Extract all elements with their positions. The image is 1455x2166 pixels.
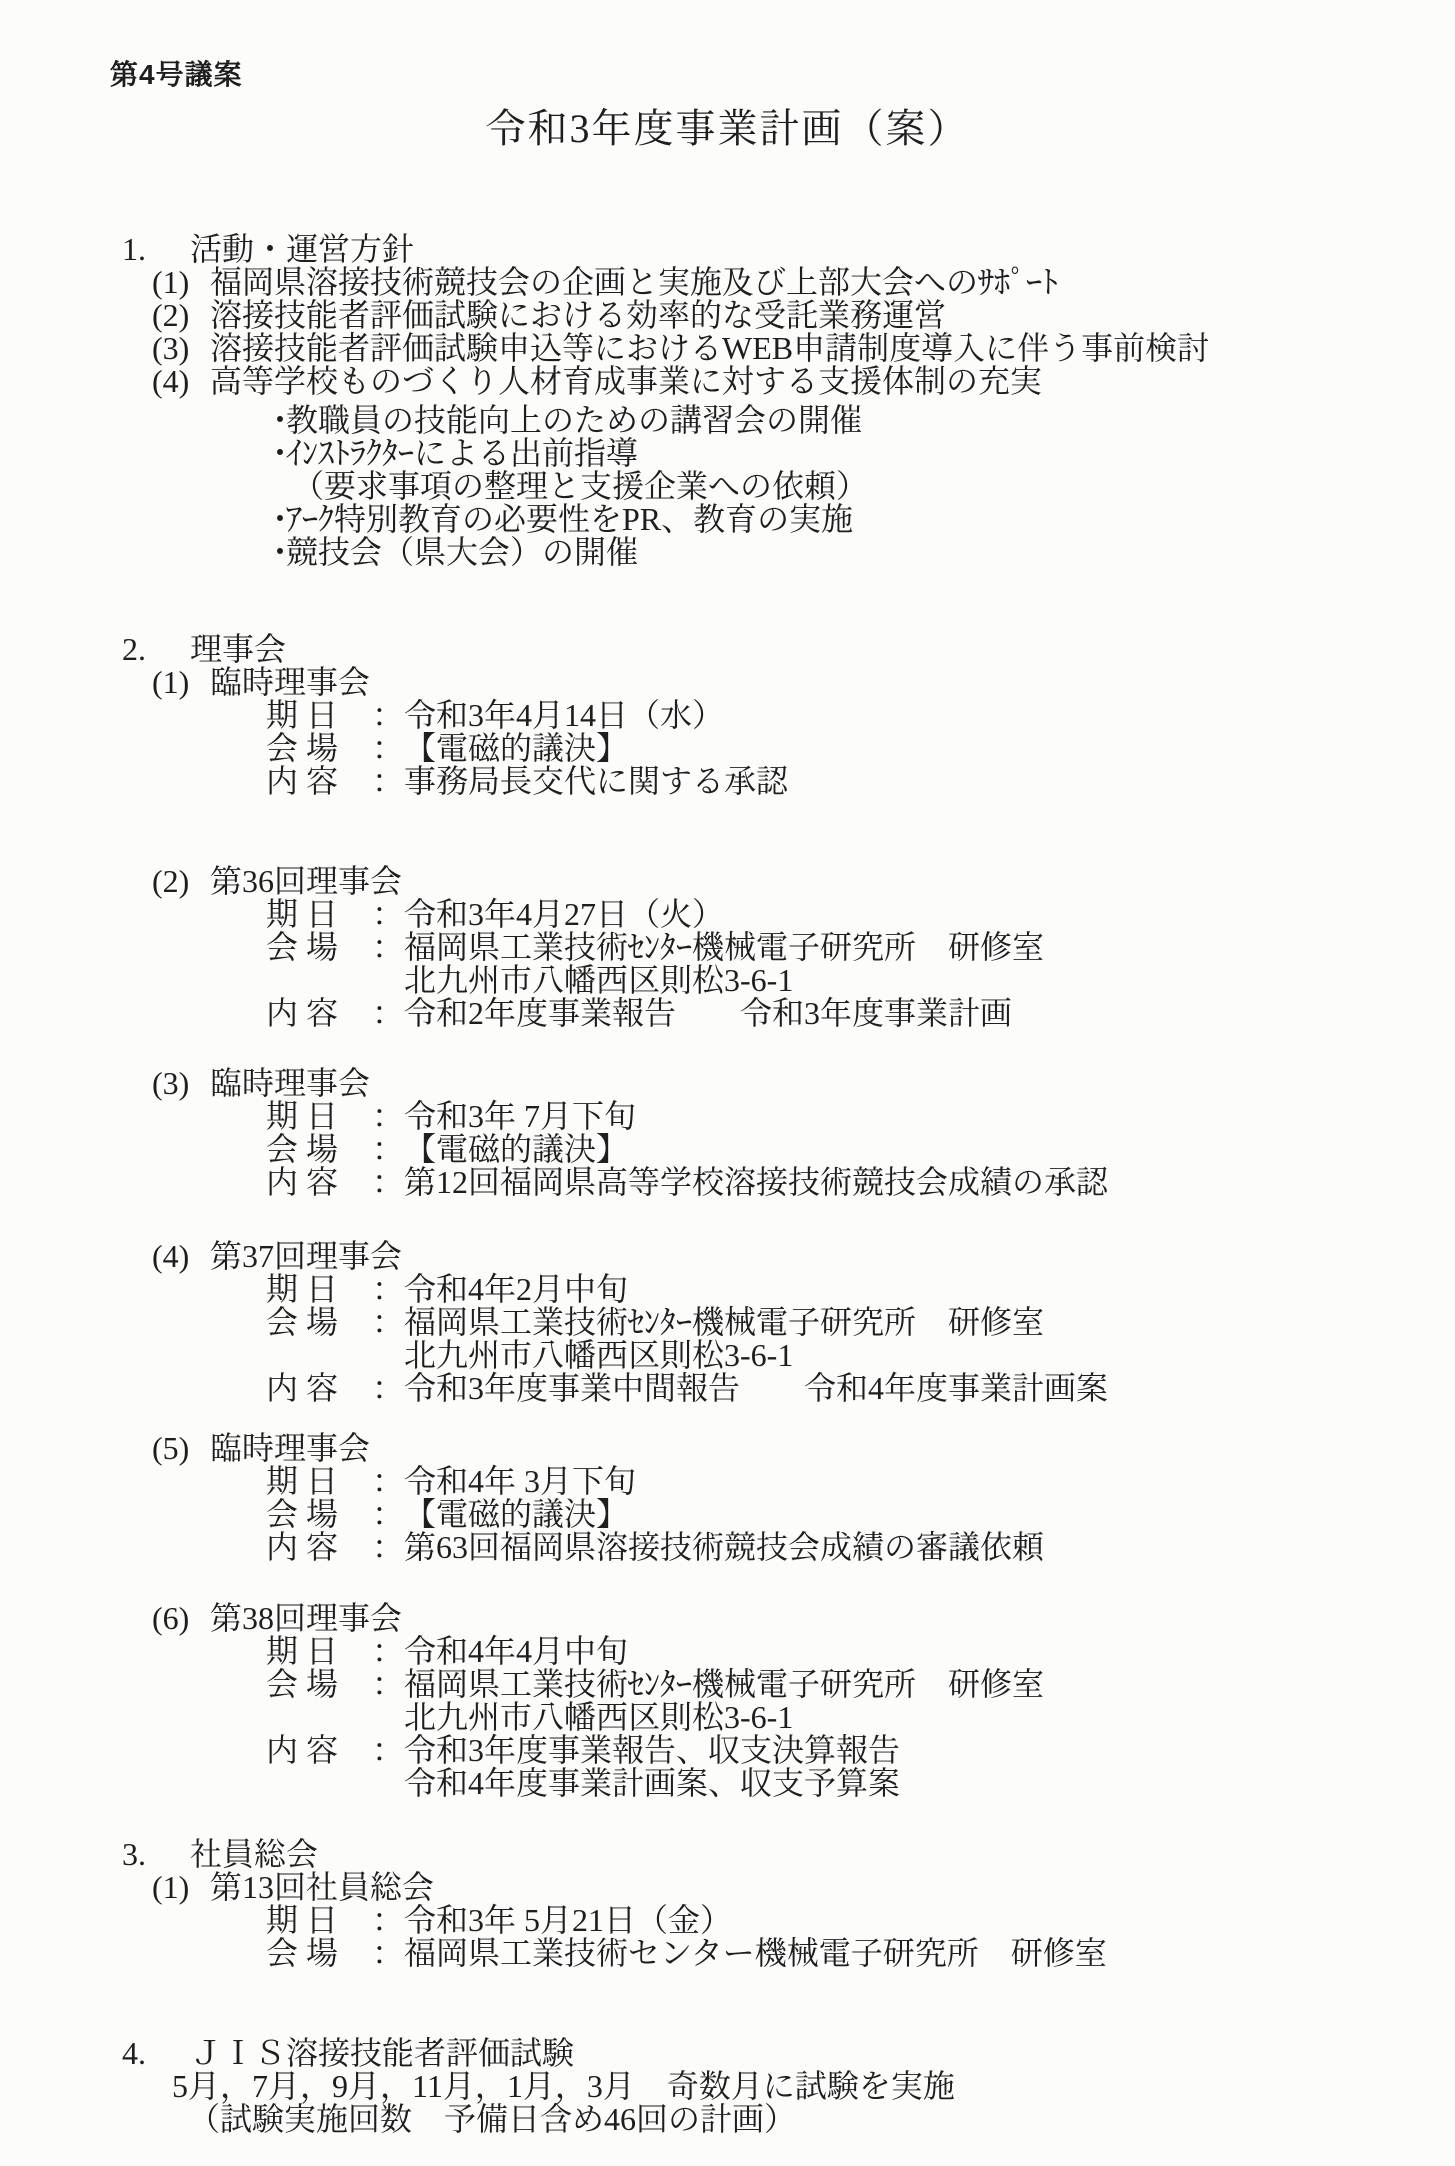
meta-row-content: 内 容：令和3年度事業中間報告 令和4年度事業計画案	[0, 1372, 1455, 1405]
meeting-title: 第36回理事会	[210, 863, 402, 899]
meta-row-content: 内 容：第12回福岡県高等学校溶接技術競技会成績の承認	[0, 1166, 1455, 1199]
item-text: 福岡県溶接技術競技会の企画と実施及び上部大会へのｻﾎﾟｰﾄ	[210, 264, 1058, 300]
meta-value: 事務局長交代に関する承認	[404, 763, 788, 799]
meta-label: 期 日	[266, 1904, 338, 1937]
meta-value: 福岡県工業技術ｾﾝﾀｰ機械電子研究所 研修室	[404, 929, 1044, 965]
meta-value: 福岡県工業技術ｾﾝﾀｰ機械電子研究所 研修室	[404, 1304, 1044, 1340]
meta-label: 内 容	[266, 1734, 338, 1767]
venue-address-line: 北九州市八幡西区則松3-6-1	[0, 1701, 1455, 1734]
meeting-title: 臨時理事会	[210, 664, 370, 700]
meta-value: 【電磁的議決】	[404, 1131, 628, 1167]
meta-label: 会 場	[266, 1498, 338, 1531]
bullet-text: ｲﾝｽﾄﾗｸﾀｰによる出前指導	[286, 435, 638, 471]
meeting-title: 臨時理事会	[210, 1430, 370, 1466]
meeting-block: (4)第37回理事会 期 日：令和4年2月中旬 会 場：福岡県工業技術ｾﾝﾀｰ機…	[0, 1240, 1455, 1405]
meta-value: 第63回福岡県溶接技術競技会成績の審議依頼	[404, 1529, 1044, 1565]
meta-label: 期 日	[266, 898, 338, 931]
meeting-title-line: (2)第36回理事会	[0, 865, 1455, 898]
meeting-block: (1)第13回社員総会 期 日：令和3年 5月21日（金） 会 場：福岡県工業技…	[0, 1871, 1455, 1970]
meta-row-venue: 会 場：福岡県工業技術ｾﾝﾀｰ機械電子研究所 研修室	[0, 1306, 1455, 1339]
meta-colon: ：	[372, 898, 404, 931]
meta-value: 福岡県工業技術ｾﾝﾀｰ機械電子研究所 研修室	[404, 1666, 1044, 1702]
meta-label: 期 日	[266, 699, 338, 732]
meta-row-venue: 会 場：福岡県工業技術ｾﾝﾀｰ機械電子研究所 研修室	[0, 1668, 1455, 1701]
section-number: 3.	[122, 1838, 190, 1871]
bullet-text: 教職員の技能向上のための講習会の開催	[286, 402, 862, 438]
meta-row-date: 期 日：令和3年 5月21日（金）	[0, 1904, 1455, 1937]
meeting-title: 第37回理事会	[210, 1238, 402, 1274]
meta-row-date: 期 日：令和3年 7月下旬	[0, 1100, 1455, 1133]
meta-row-venue: 会 場：福岡県工業技術センター機械電子研究所 研修室	[0, 1937, 1455, 1970]
section-general-assembly: 3.社員総会 (1)第13回社員総会 期 日：令和3年 5月21日（金） 会 場…	[0, 1838, 1455, 1970]
item-marker: (3)	[152, 332, 210, 365]
meta-colon: ：	[372, 1465, 404, 1498]
item-marker: (1)	[152, 666, 210, 699]
meta-colon: ：	[372, 765, 404, 798]
scanned-document-page: 第4号議案 令和3年度事業計画（案） 1.活動・運営方針 (1)福岡県溶接技術競…	[0, 0, 1455, 2166]
meta-colon: ：	[372, 1635, 404, 1668]
venue-address-line: 北九州市八幡西区則松3-6-1	[0, 964, 1455, 997]
meta-colon: ：	[372, 1668, 404, 1701]
meta-colon: ：	[372, 1904, 404, 1937]
item-text: 溶接技能者評価試験申込等におけるWEB申請制度導入に伴う事前検討	[210, 330, 1209, 366]
meta-row-date: 期 日：令和4年2月中旬	[0, 1273, 1455, 1306]
section-heading-text: ＪＩＳ溶接技能者評価試験	[190, 2035, 574, 2071]
meta-label: 内 容	[266, 1166, 338, 1199]
meta-colon: ：	[372, 1498, 404, 1531]
meta-colon: ：	[372, 997, 404, 1030]
meta-value: 令和4年 3月下旬	[404, 1463, 636, 1499]
meeting-title: 臨時理事会	[210, 1065, 370, 1101]
section-heading-text: 理事会	[190, 631, 286, 667]
meta-label: 内 容	[266, 1372, 338, 1405]
meta-label: 会 場	[266, 1133, 338, 1166]
bullet-item: ・競技会（県大会）の開催	[0, 536, 1455, 569]
meta-colon: ：	[372, 1306, 404, 1339]
meeting-title-line: (3)臨時理事会	[0, 1067, 1455, 1100]
section-heading-text: 活動・運営方針	[190, 231, 414, 267]
bullet-dot: ・	[264, 437, 286, 470]
exam-schedule-line: 5月，7月，9月，11月，1月，3月 奇数月に試験を実施	[0, 2070, 1455, 2103]
meta-label: 内 容	[266, 1531, 338, 1564]
meta-row-venue: 会 場：【電磁的議決】	[0, 1498, 1455, 1531]
meeting-title-line: (4)第37回理事会	[0, 1240, 1455, 1273]
item-marker: (4)	[152, 1240, 210, 1273]
meta-row-content: 内 容：令和2年度事業報告 令和3年度事業計画	[0, 997, 1455, 1030]
meta-colon: ：	[372, 1166, 404, 1199]
meeting-title: 第13回社員総会	[210, 1869, 434, 1905]
meta-row-date: 期 日：令和3年4月14日（水）	[0, 699, 1455, 732]
section-number: 1.	[122, 233, 190, 266]
meta-colon: ：	[372, 931, 404, 964]
meta-row-content: 内 容：第63回福岡県溶接技術競技会成績の審議依頼	[0, 1531, 1455, 1564]
meta-value: 【電磁的議決】	[404, 1496, 628, 1532]
meta-colon: ：	[372, 1937, 404, 1970]
list-item: (4)高等学校ものづくり人材育成事業に対する支援体制の充実	[0, 365, 1455, 398]
content-second-line: 令和4年度事業計画案、収支予算案	[0, 1767, 1455, 1800]
section-board-meetings: 2.理事会 (1)臨時理事会 期 日：令和3年4月14日（水） 会 場：【電磁的…	[0, 633, 1455, 1800]
meeting-block: (1)臨時理事会 期 日：令和3年4月14日（水） 会 場：【電磁的議決】 内 …	[0, 666, 1455, 798]
bullet-dot: ・	[264, 536, 286, 569]
meta-label: 会 場	[266, 1306, 338, 1339]
section-policy: 1.活動・運営方針 (1)福岡県溶接技術競技会の企画と実施及び上部大会へのｻﾎﾟ…	[0, 233, 1455, 569]
item-marker: (1)	[152, 266, 210, 299]
meta-colon: ：	[372, 1531, 404, 1564]
meta-label: 会 場	[266, 931, 338, 964]
meta-value: 【電磁的議決】	[404, 730, 628, 766]
meta-value: 令和3年 5月21日（金）	[404, 1902, 732, 1938]
bullet-dot: ・	[264, 404, 286, 437]
page-title: 令和3年度事業計画（案）	[0, 105, 1455, 153]
item-marker: (4)	[152, 365, 210, 398]
section-number: 2.	[122, 633, 190, 666]
meta-row-venue: 会 場：福岡県工業技術ｾﾝﾀｰ機械電子研究所 研修室	[0, 931, 1455, 964]
meta-value: 令和3年4月27日（火）	[404, 896, 724, 932]
meta-row-content: 内 容：事務局長交代に関する承認	[0, 765, 1455, 798]
doc-number: 第4号議案	[0, 58, 1455, 91]
meeting-title-line: (6)第38回理事会	[0, 1602, 1455, 1635]
meta-row-date: 期 日：令和4年 3月下旬	[0, 1465, 1455, 1498]
meta-colon: ：	[372, 1372, 404, 1405]
bullet-dot: ・	[264, 503, 286, 536]
section-heading: 3.社員総会	[0, 1838, 1455, 1871]
item-marker: (2)	[152, 299, 210, 332]
meta-row-date: 期 日：令和4年4月中旬	[0, 1635, 1455, 1668]
exam-count-line: （試験実施回数 予備日含め46回の計画）	[0, 2103, 1455, 2136]
item-marker: (2)	[152, 865, 210, 898]
section-heading: 2.理事会	[0, 633, 1455, 666]
meta-value: 令和3年度事業報告、収支決算報告	[404, 1732, 900, 1768]
meta-value: 令和4年2月中旬	[404, 1271, 628, 1307]
meeting-block: (3)臨時理事会 期 日：令和3年 7月下旬 会 場：【電磁的議決】 内 容：第…	[0, 1067, 1455, 1199]
meta-colon: ：	[372, 699, 404, 732]
bullet-text: ｱｰｸ特別教育の必要性をPR、教育の実施	[286, 501, 853, 537]
item-marker: (5)	[152, 1432, 210, 1465]
meta-value: 令和4年4月中旬	[404, 1633, 628, 1669]
meta-row-date: 期 日：令和3年4月27日（火）	[0, 898, 1455, 931]
bullet-text: 競技会（県大会）の開催	[286, 534, 638, 570]
meta-row-venue: 会 場：【電磁的議決】	[0, 732, 1455, 765]
bullet-item: ・ｱｰｸ特別教育の必要性をPR、教育の実施	[0, 503, 1455, 536]
venue-address-line: 北九州市八幡西区則松3-6-1	[0, 1339, 1455, 1372]
bullet-item: ・ｲﾝｽﾄﾗｸﾀｰによる出前指導	[0, 437, 1455, 470]
meta-label: 期 日	[266, 1465, 338, 1498]
meta-value: 令和3年4月14日（水）	[404, 697, 724, 733]
meta-value: 令和2年度事業報告 令和3年度事業計画	[404, 995, 1012, 1031]
meta-label: 内 容	[266, 997, 338, 1030]
meta-colon: ：	[372, 1100, 404, 1133]
item-text: 高等学校ものづくり人材育成事業に対する支援体制の充実	[210, 363, 1042, 399]
section-jis-exam: 4.ＪＩＳ溶接技能者評価試験 5月，7月，9月，11月，1月，3月 奇数月に試験…	[0, 2037, 1455, 2136]
meeting-title-line: (1)臨時理事会	[0, 666, 1455, 699]
section-heading-text: 社員総会	[190, 1836, 318, 1872]
meta-label: 期 日	[266, 1100, 338, 1133]
section-number: 4.	[122, 2037, 190, 2070]
meta-label: 会 場	[266, 1668, 338, 1701]
meta-value: 令和3年 7月下旬	[404, 1098, 636, 1134]
meeting-title: 第38回理事会	[210, 1600, 402, 1636]
meta-row-venue: 会 場：【電磁的議決】	[0, 1133, 1455, 1166]
meta-colon: ：	[372, 1273, 404, 1306]
meta-label: 会 場	[266, 1937, 338, 1970]
meta-label: 内 容	[266, 765, 338, 798]
meta-row-content: 内 容：令和3年度事業報告、収支決算報告	[0, 1734, 1455, 1767]
list-item: (2)溶接技能者評価試験における効率的な受託業務運営	[0, 299, 1455, 332]
meeting-block: (2)第36回理事会 期 日：令和3年4月27日（火） 会 場：福岡県工業技術ｾ…	[0, 865, 1455, 1030]
meeting-block: (6)第38回理事会 期 日：令和4年4月中旬 会 場：福岡県工業技術ｾﾝﾀｰ機…	[0, 1602, 1455, 1800]
meta-colon: ：	[372, 1734, 404, 1767]
item-marker: (6)	[152, 1602, 210, 1635]
sub-bullet-list: ・教職員の技能向上のための講習会の開催 ・ｲﾝｽﾄﾗｸﾀｰによる出前指導 （要求…	[0, 404, 1455, 569]
bullet-note: （要求事項の整理と支援企業への依頼）	[0, 470, 1455, 503]
meta-value: 福岡県工業技術センター機械電子研究所 研修室	[404, 1935, 1107, 1971]
meta-colon: ：	[372, 1133, 404, 1166]
list-item: (3)溶接技能者評価試験申込等におけるWEB申請制度導入に伴う事前検討	[0, 332, 1455, 365]
item-marker: (3)	[152, 1067, 210, 1100]
meta-label: 期 日	[266, 1273, 338, 1306]
section-heading: 1.活動・運営方針	[0, 233, 1455, 266]
meta-value: 令和3年度事業中間報告 令和4年度事業計画案	[404, 1370, 1108, 1406]
meta-value: 第12回福岡県高等学校溶接技術競技会成績の承認	[404, 1164, 1108, 1200]
bullet-item: ・教職員の技能向上のための講習会の開催	[0, 404, 1455, 437]
meeting-title-line: (1)第13回社員総会	[0, 1871, 1455, 1904]
meta-label: 会 場	[266, 732, 338, 765]
meta-label: 期 日	[266, 1635, 338, 1668]
list-item: (1)福岡県溶接技術競技会の企画と実施及び上部大会へのｻﾎﾟｰﾄ	[0, 266, 1455, 299]
section-heading: 4.ＪＩＳ溶接技能者評価試験	[0, 2037, 1455, 2070]
meta-colon: ：	[372, 732, 404, 765]
item-text: 溶接技能者評価試験における効率的な受託業務運営	[210, 297, 946, 333]
meeting-block: (5)臨時理事会 期 日：令和4年 3月下旬 会 場：【電磁的議決】 内 容：第…	[0, 1432, 1455, 1564]
meeting-title-line: (5)臨時理事会	[0, 1432, 1455, 1465]
item-marker: (1)	[152, 1871, 210, 1904]
